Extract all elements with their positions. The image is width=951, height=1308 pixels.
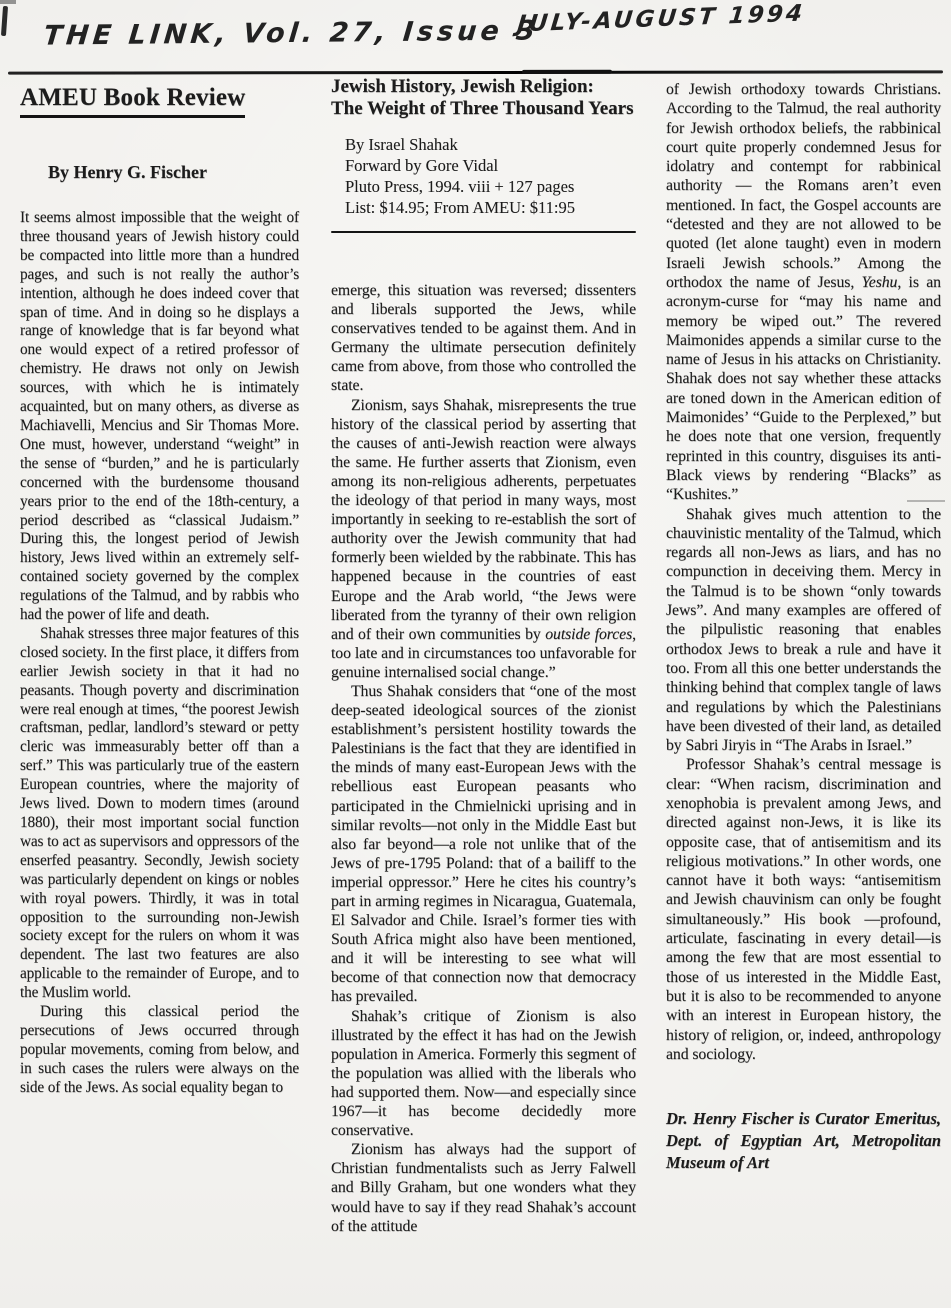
text-segment: , is an acronym-curse for “may his name … [666,274,941,503]
text-segment: Shahak gives much attention to the chauv… [666,506,941,755]
paragraph: Shahak’s critique of Zionism is also ill… [331,1007,636,1141]
book-details-divider [331,231,636,233]
paragraph: Zionism, says Shahak, misrepresents the … [331,396,636,682]
scanned-newsletter-page: THE LINK, Vol. 27, Issue 3 JULY-AUGUST 1… [0,0,951,1308]
paragraph: of Jewish orthodoxy towards Christians. … [666,80,941,505]
text-segment: During this classical period the persecu… [20,1003,299,1096]
book-publisher-line: Pluto Press, 1994. viii + 127 pages [345,176,636,197]
top-divider-rule [8,70,943,74]
paragraph: Shahak gives much attention to the chauv… [666,505,941,756]
paragraph: Shahak stresses three major features of … [20,625,299,1003]
column-3: of Jewish orthodoxy towards Christians. … [666,80,941,1174]
reviewer-byline: By Henry G. Fischer [48,162,299,183]
book-title-line1: Jewish History, Jewish Religion: [331,76,594,97]
text-segment: Zionism, says Shahak, misrepresents the … [331,397,636,643]
text-segment: Zionism has always had the support of Ch… [331,1141,636,1234]
text-segment: emerge, this situation was reversed; dis… [331,282,636,394]
column-2: Jewish History, Jewish Religion: The Wei… [331,76,636,1236]
text-segment: Professor Shahak’s central message is cl… [666,756,941,1062]
paragraph: emerge, this situation was reversed; dis… [331,281,636,396]
column-1-text: It seems almost impossible that the weig… [20,209,299,1098]
section-title: AMEU Book Review [20,84,245,118]
book-details: By Israel Shahak Forward by Gore Vidal P… [345,134,636,218]
text-segment: Yeshu [862,274,898,291]
text-segment: It seems almost impossible that the weig… [20,209,299,623]
text-segment: of Jewish orthodoxy towards Christians. … [666,81,941,291]
book-foreword-line: Forward by Gore Vidal [345,155,636,176]
text-segment: outside forces [545,626,632,643]
handwritten-header: THE LINK, Vol. 27, Issue 3 JULY-AUGUST 1… [0,0,951,70]
text-segment: Shahak’s critique of Zionism is also ill… [331,1008,636,1140]
text-segment: Shahak stresses three major features of … [20,625,299,1001]
book-title-line2: The Weight of Three Thousand Years [331,98,633,119]
book-author-line: By Israel Shahak [345,134,636,155]
paragraph: Professor Shahak’s central message is cl… [666,755,941,1064]
book-title: Jewish History, Jewish Religion: The Wei… [331,76,636,120]
paragraph: Zionism has always had the support of Ch… [331,1140,636,1235]
paragraph: It seems almost impossible that the weig… [20,209,299,625]
handwritten-issue-label: THE LINK, Vol. 27, Issue 3 [42,15,540,51]
column-2-text: emerge, this situation was reversed; dis… [331,281,636,1236]
handwritten-date-label: JULY-AUGUST 1994 [516,1,806,38]
author-credit: Dr. Henry Fischer is Curator Emeritus, D… [666,1108,941,1174]
book-price-line: List: $14.95; From AMEU: $11:95 [345,197,636,218]
column-1: AMEU Book Review By Henry G. Fischer It … [20,84,299,1098]
column-3-text: of Jewish orthodoxy towards Christians. … [666,80,941,1064]
paragraph: Thus Shahak considers that “one of the m… [331,682,636,1007]
paragraph: During this classical period the persecu… [20,1003,299,1098]
text-segment: Thus Shahak considers that “one of the m… [331,683,636,1006]
